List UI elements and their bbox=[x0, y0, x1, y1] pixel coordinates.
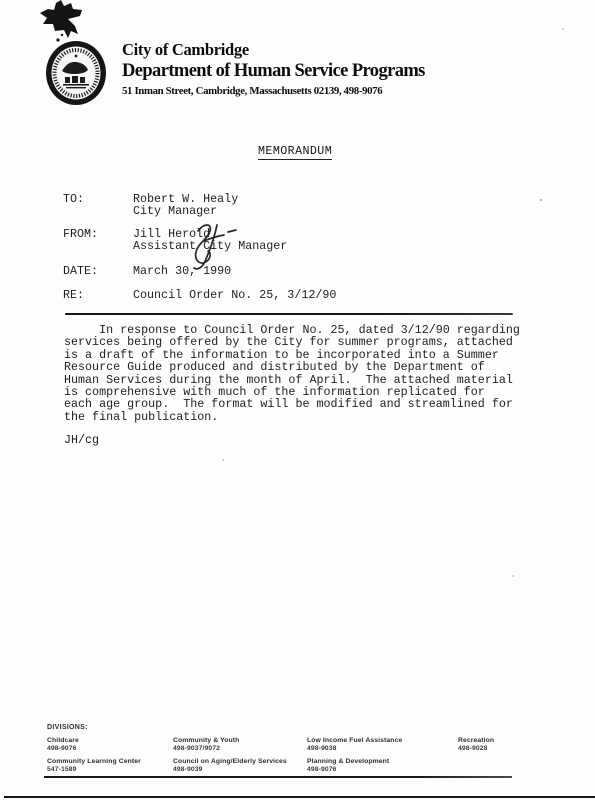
divisions-heading: DIVISIONS: bbox=[47, 724, 88, 731]
field-from-label: FROM: bbox=[63, 228, 133, 253]
division-phone: 547-1589 bbox=[47, 766, 165, 774]
field-re: RE: Council Order No. 25, 3/12/90 bbox=[63, 289, 336, 301]
division-item: Low Income Fuel Assistance 498-9038 bbox=[307, 737, 437, 753]
division-item: Community & Youth 498-9037/9072 bbox=[173, 737, 303, 753]
divisions-column-2: Community & Youth 498-9037/9072 Council … bbox=[173, 737, 303, 779]
division-phone: 498-9028 bbox=[458, 745, 558, 753]
divisions-column-3: Low Income Fuel Assistance 498-9038 Plan… bbox=[307, 737, 437, 779]
divisions-column-4: Recreation 498-9028 bbox=[458, 737, 558, 758]
division-name: Planning & Development bbox=[307, 758, 437, 766]
memo-body: In response to Council Order No. 25, dat… bbox=[64, 324, 520, 423]
scan-speck bbox=[540, 199, 542, 201]
field-to-label: TO: bbox=[63, 193, 133, 218]
division-item: Planning & Development 498-9076 bbox=[307, 758, 437, 774]
scan-speck bbox=[512, 575, 514, 577]
typist-initials: JH/cg bbox=[64, 434, 99, 446]
division-phone: 498-9076 bbox=[47, 745, 165, 753]
division-name: Childcare bbox=[47, 737, 165, 745]
division-name: Low Income Fuel Assistance bbox=[307, 737, 437, 745]
field-date-label: DATE: bbox=[63, 265, 133, 277]
org-name-line1: City of Cambridge bbox=[122, 39, 425, 60]
field-to: TO: Robert W. Healy City Manager bbox=[63, 193, 238, 218]
memo-title: MEMORANDUM bbox=[258, 144, 332, 160]
scan-speck bbox=[222, 459, 224, 461]
division-name: Council on Aging/Elderly Services bbox=[173, 758, 303, 766]
division-name: Community & Youth bbox=[173, 737, 303, 745]
field-re-label: RE: bbox=[63, 289, 133, 301]
division-item: Recreation 498-9028 bbox=[458, 737, 558, 753]
division-phone: 498-9076 bbox=[307, 766, 437, 774]
field-to-value: Robert W. Healy City Manager bbox=[133, 193, 238, 218]
city-seal-icon bbox=[45, 40, 107, 106]
org-address: 51 Inman Street, Cambridge, Massachusett… bbox=[122, 83, 425, 100]
division-name: Community Learning Center bbox=[47, 758, 165, 766]
letterhead: City of Cambridge Department of Human Se… bbox=[122, 39, 425, 100]
division-phone: 498-9039 bbox=[173, 766, 303, 774]
division-phone: 498-9037/9072 bbox=[173, 745, 303, 753]
divisions-column-1: Childcare 498-9076 Community Learning Ce… bbox=[47, 737, 165, 779]
handwritten-signature-icon bbox=[184, 221, 242, 273]
scan-speck bbox=[562, 28, 564, 30]
org-name-line2: Department of Human Service Programs bbox=[122, 60, 425, 83]
division-phone: 498-9038 bbox=[307, 745, 437, 753]
memo-divider-rule bbox=[65, 313, 513, 315]
footer-rule bbox=[44, 776, 512, 778]
scan-edge-line bbox=[4, 796, 595, 798]
field-re-value: Council Order No. 25, 3/12/90 bbox=[133, 289, 336, 301]
division-item: Childcare 498-9076 bbox=[47, 737, 165, 753]
field-from: FROM: Jill Herold Assistant City Manager bbox=[63, 228, 287, 253]
division-name: Recreation bbox=[458, 737, 558, 745]
division-item: Council on Aging/Elderly Services 498-90… bbox=[173, 758, 303, 774]
division-item: Community Learning Center 547-1589 bbox=[47, 758, 165, 774]
